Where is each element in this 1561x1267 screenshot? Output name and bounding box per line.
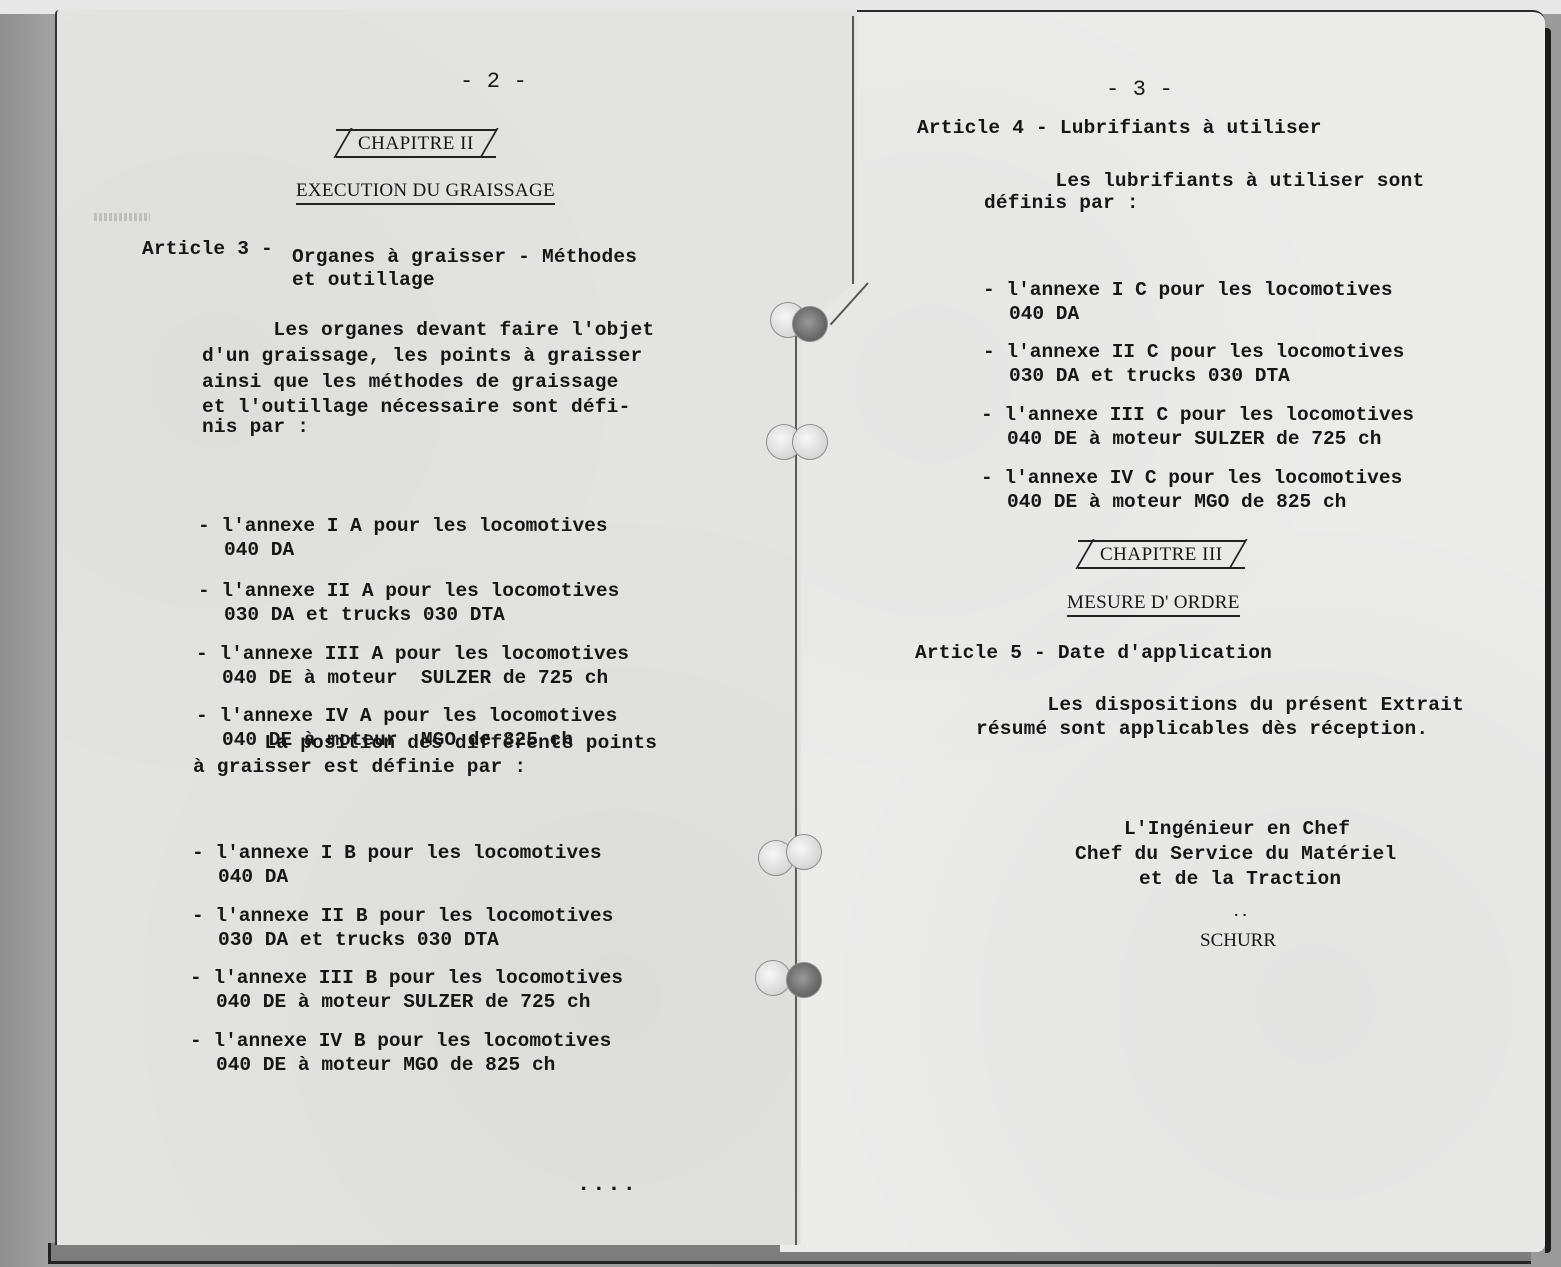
paragraph-line: nis par : bbox=[202, 415, 309, 439]
article5-heading: Article 5 - Date d'application bbox=[915, 641, 1272, 665]
paragraph-line: La position des différents points bbox=[193, 731, 657, 755]
chapter-heading: CHAPITRE II bbox=[336, 129, 496, 158]
bleed-through-mark bbox=[94, 213, 150, 221]
signature-umlaut: .. bbox=[1232, 905, 1249, 921]
page-fold-edge bbox=[852, 16, 854, 284]
paragraph-line: Les dispositions du présent Extrait bbox=[976, 693, 1464, 717]
signatory-title: Chef du Service du Matériel bbox=[1075, 842, 1396, 866]
cover-right-edge bbox=[1545, 28, 1551, 1253]
paragraph-line: résumé sont applicables dès réception. bbox=[976, 717, 1428, 741]
paragraph-line: à graisser est définie par : bbox=[193, 755, 526, 779]
page-number: - 2 - bbox=[460, 70, 527, 94]
page-number: - 3 - bbox=[1106, 78, 1173, 102]
list-item: - l'annexe IV B pour les locomotives040 … bbox=[190, 981, 611, 1125]
right-page bbox=[780, 10, 1545, 1252]
binding-hole-icon bbox=[786, 834, 822, 870]
paragraph-line: d'un graissage, les points à graisser bbox=[202, 344, 642, 368]
chapter-heading: CHAPITRE III bbox=[1078, 540, 1245, 569]
binding-hole-icon bbox=[792, 306, 828, 342]
signatory-name: SCHURR bbox=[1200, 930, 1276, 952]
signatory-title: L'Ingénieur en Chef bbox=[1124, 817, 1350, 841]
article-title-cont: et outillage bbox=[292, 268, 435, 292]
paragraph-line: définis par : bbox=[984, 191, 1139, 215]
continuation-dots: .... bbox=[577, 1172, 638, 1197]
article-label: Article 3 - bbox=[142, 237, 273, 261]
paragraph-line: Les lubrifiants à utiliser sont bbox=[984, 169, 1424, 193]
binding-hole-icon bbox=[786, 962, 822, 998]
article-title: Organes à graisser - Méthodes bbox=[292, 245, 637, 269]
paragraph-line: ainsi que les méthodes de graissage bbox=[202, 370, 619, 394]
spine-line bbox=[795, 330, 797, 1245]
binding-hole-icon bbox=[792, 424, 828, 460]
article4-heading: Article 4 - Lubrifiants à utiliser bbox=[917, 116, 1322, 140]
section-title: MESURE D' ORDRE bbox=[1067, 592, 1240, 617]
signatory-title: et de la Traction bbox=[1139, 867, 1341, 891]
paragraph-line: Les organes devant faire l'objet bbox=[202, 318, 654, 342]
section-title: EXECUTION DU GRAISSAGE bbox=[296, 180, 555, 205]
